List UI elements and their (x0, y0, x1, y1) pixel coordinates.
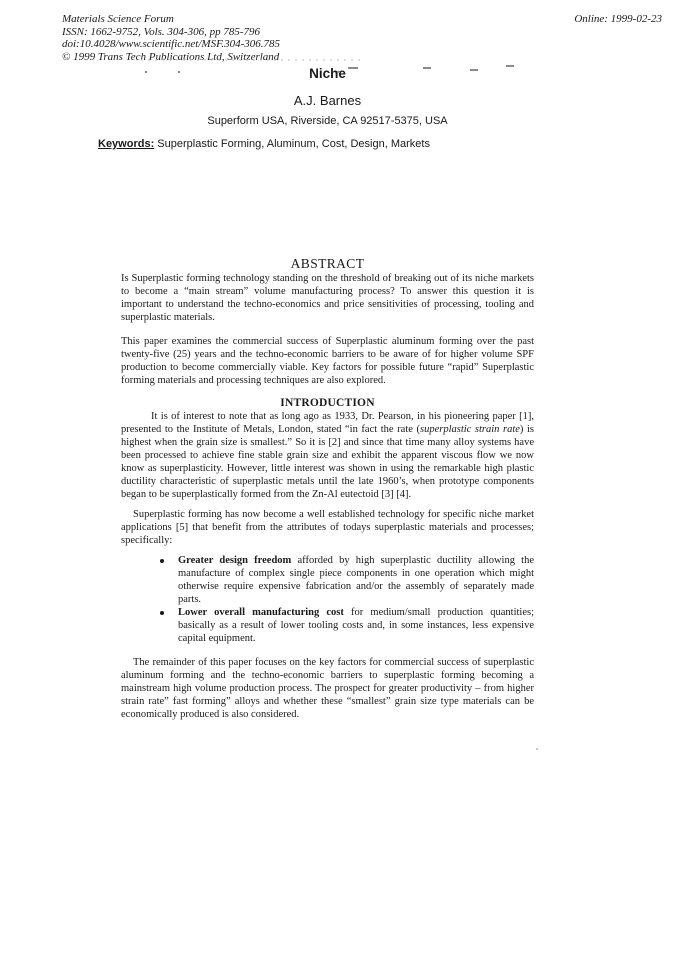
author-name: A.J. Barnes (121, 93, 534, 108)
bullet-lead-bold: Greater design freedom (178, 555, 291, 566)
bullet-item-lower-cost: Lower overall manufacturing cost for med… (178, 606, 534, 645)
bullet-icon (160, 559, 164, 563)
journal-title: Materials Science Forum (62, 13, 280, 26)
faded-dash (423, 67, 431, 69)
introduction-paragraph-2: Superplastic forming has now become a we… (121, 508, 534, 547)
faded-dash (470, 69, 478, 71)
keywords-line: Keywords: Superplastic Forming, Aluminum… (98, 138, 618, 151)
faded-title-remnant (141, 59, 361, 61)
introduction-closing-paragraph: The remainder of this paper focuses on t… (121, 656, 534, 721)
abstract-paragraph-2: This paper examines the commercial succe… (121, 335, 534, 387)
intro-p1-text-continued: ) is highest when the grain size is smal… (121, 424, 534, 500)
introduction-paragraph-1: It is of interest to note that as long a… (121, 410, 534, 501)
stray-mark (536, 748, 538, 750)
introduction-heading: INTRODUCTION (121, 397, 534, 410)
publication-info: Materials Science Forum ISSN: 1662-9752,… (62, 13, 280, 63)
intro-p1-italic-term: superplastic strain rate (420, 424, 520, 435)
faded-dot (145, 71, 147, 73)
benefits-bullet-list: Greater design freedom afforded by high … (121, 554, 534, 645)
issn-volume-pages: ISSN: 1662-9752, Vols. 304-306, pp 785-7… (62, 26, 280, 39)
doi-line: doi:10.4028/www.scientific.net/MSF.304-3… (62, 38, 280, 51)
bullet-lead-bold: Lower overall manufacturing cost (178, 607, 344, 618)
faded-dot (178, 71, 180, 73)
abstract-heading: ABSTRACT (121, 257, 534, 270)
paper-page: Materials Science Forum ISSN: 1662-9752,… (0, 0, 678, 959)
publication-header: Materials Science Forum ISSN: 1662-9752,… (62, 13, 662, 63)
bullet-item-design-freedom: Greater design freedom afforded by high … (178, 554, 534, 606)
bullet-icon (160, 611, 164, 615)
abstract-paragraph-1: Is Superplastic forming technology stand… (121, 272, 534, 324)
faded-dash (337, 71, 340, 73)
faded-dash (506, 65, 514, 67)
keywords-label: Keywords: (98, 138, 154, 150)
author-affiliation: Superform USA, Riverside, CA 92517-5375,… (121, 115, 534, 128)
paper-body: ABSTRACT Is Superplastic forming technol… (121, 254, 534, 721)
keywords-value: Superplastic Forming, Aluminum, Cost, De… (154, 138, 430, 150)
online-date: Online: 1999-02-23 (574, 13, 662, 26)
title-block: Niche (121, 58, 534, 86)
faded-dash (348, 67, 358, 69)
